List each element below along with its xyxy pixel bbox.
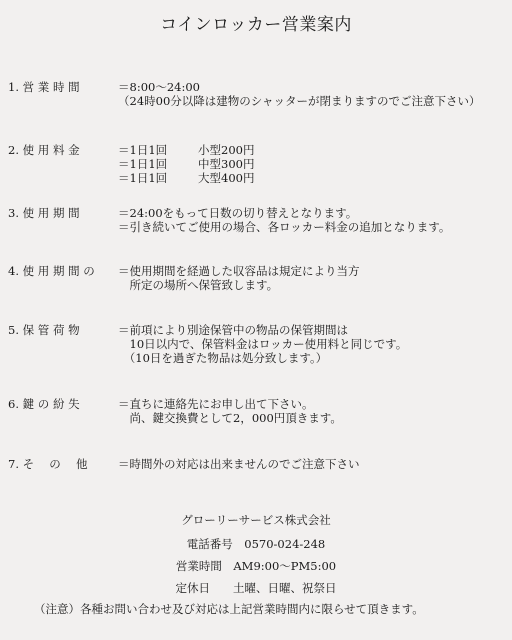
footer-note: （注意）各種お問い合わせ及び対応は上記営業時間内に限らせて頂きます。 [34, 601, 424, 617]
fee-unit: ＝1日1回 [118, 171, 167, 185]
item-line: ＝直ちに連絡先にお申し出て下さい。 [118, 397, 342, 411]
item-content: ＝8:00～24:00 （24時00分以降は建物のシャッターが閉まりますのでご注… [118, 80, 481, 108]
item-label: 3. 使 用 期 間 [8, 206, 80, 220]
item-label: 5. 保 管 荷 物 [8, 323, 80, 337]
item-label: 2. 使 用 料 金 [8, 143, 80, 157]
item-content: ＝直ちに連絡先にお申し出て下さい。 尚、鍵交換費として2，000円頂きます。 [118, 397, 342, 425]
item-label: 1. 営 業 時 間 [8, 80, 80, 94]
item-line: 尚、鍵交換費として2，000円頂きます。 [118, 411, 342, 425]
item-label: 4. 使 用 期 間 の [8, 264, 95, 278]
item-label: 7. そ の 他 [8, 457, 87, 471]
item-line: ＝時間外の対応は出来ませんのでご注意下さい [118, 457, 360, 471]
fee-size-price: 中型300円 [198, 157, 254, 171]
item-label: 6. 鍵 の 紛 失 [8, 397, 80, 411]
item-line: 10日以内で、保管料金はロッカー使用料と同じです。 [118, 337, 407, 351]
item-line: ＝8:00～24:00 [118, 80, 481, 94]
item-content: ＝時間外の対応は出来ませんのでご注意下さい [118, 457, 360, 471]
page-title: コインロッカー営業案内 [0, 10, 512, 35]
company-hours: 営業時間 AM9:00～PM5:00 [0, 558, 512, 574]
item-line: （10日を過ぎた物品は処分致します。） [118, 351, 407, 365]
item-line: 所定の場所へ保管致します。 [118, 278, 360, 292]
fee-size-price: 小型200円 [198, 143, 254, 157]
fee-unit: ＝1日1回 [118, 157, 167, 171]
item-line: （24時00分以降は建物のシャッターが閉まりますのでご注意下さい） [118, 94, 481, 108]
company-name: グローリーサービス株式会社 [0, 512, 512, 528]
fee-unit: ＝1日1回 [118, 143, 167, 157]
company-phone: 電話番号 0570-024-248 [0, 536, 512, 552]
item-line: ＝24:00をもって日数の切り替えとなります。 [118, 206, 450, 220]
item-content: ＝前項により別途保管中の物品の保管期間は 10日以内で、保管料金はロッカー使用料… [118, 323, 407, 365]
item-line: ＝使用期間を経過した収容品は規定により当方 [118, 264, 360, 278]
item-content: ＝使用期間を経過した収容品は規定により当方 所定の場所へ保管致します。 [118, 264, 360, 292]
company-holidays: 定休日 土曜、日曜、祝祭日 [0, 580, 512, 596]
item-line: ＝引き続いてご使用の場合、各ロッカー料金の追加となります。 [118, 220, 450, 234]
fee-size-price: 大型400円 [198, 171, 254, 185]
item-line: ＝前項により別途保管中の物品の保管期間は [118, 323, 407, 337]
item-content: ＝24:00をもって日数の切り替えとなります。 ＝引き続いてご使用の場合、各ロッ… [118, 206, 450, 234]
